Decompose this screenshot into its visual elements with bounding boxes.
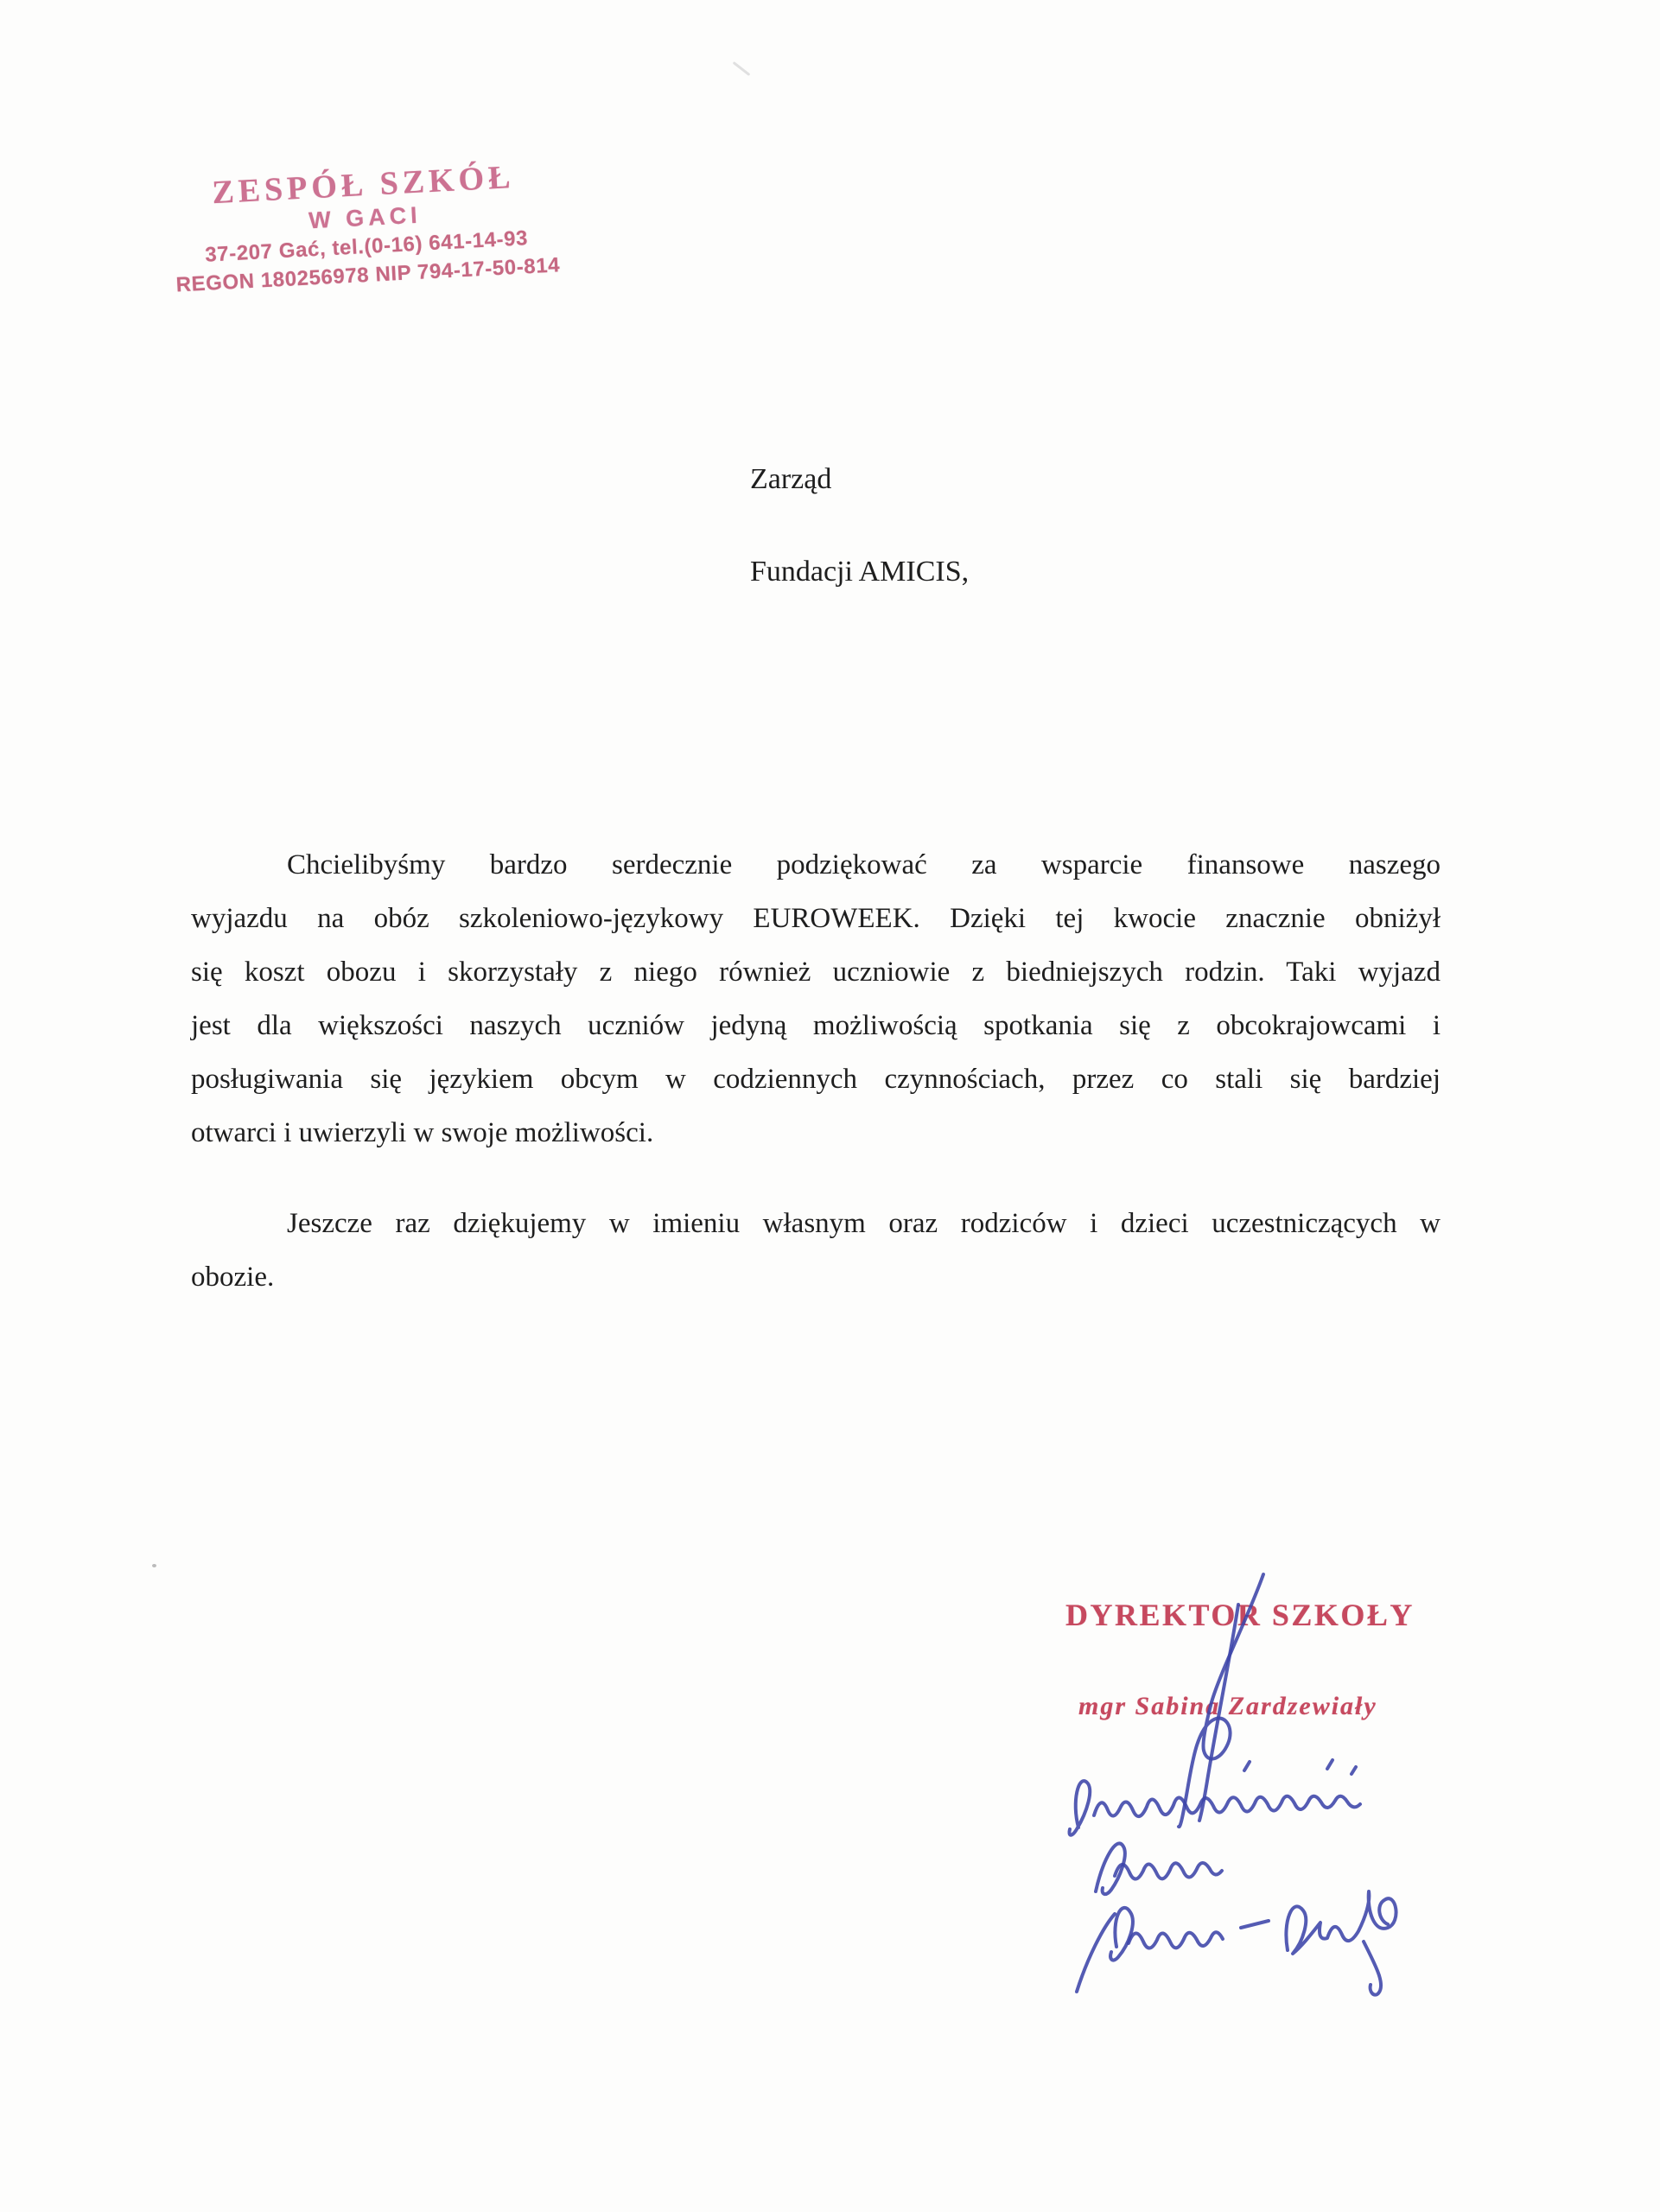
handwritten-signature-3 (1129, 1932, 1223, 1948)
body-line: posługiwania się językiem obcym w codzie… (191, 1052, 1441, 1106)
handwritten-diacritic (1244, 1762, 1250, 1770)
handwritten-signature-3 (1077, 1914, 1115, 1992)
body-line: otwarci i uwierzyli w swoje możliwości. (191, 1106, 1441, 1160)
body-line: jest dla większości naszych uczniów jedy… (191, 999, 1441, 1052)
scanned-letter-page: { "document": { "kind": "scanned thank-y… (0, 0, 1660, 2212)
body-line: Jeszcze raz dziękujemy w imieniu własnym… (191, 1197, 1441, 1250)
handwritten-diacritic (1352, 1767, 1356, 1774)
handwritten-diacritic (1327, 1760, 1332, 1769)
body-paragraph-1: Chcielibyśmy bardzo serdecznie podziękow… (191, 838, 1441, 1160)
scan-artifact-dot (152, 1564, 156, 1567)
handwritten-signature-1 (1094, 1796, 1360, 1816)
body-line: Chcielibyśmy bardzo serdecznie podziękow… (191, 838, 1441, 892)
recipient-line-2: Fundacji AMICIS, (750, 557, 969, 587)
handwritten-signature-2 (1115, 1863, 1222, 1879)
handwritten-signatures (985, 1542, 1590, 2061)
body-line: wyjazdu na obóz szkoleniowo-językowy EUR… (191, 892, 1441, 945)
recipient-block: Zarząd Fundacji AMICIS, (750, 465, 831, 494)
body-line: się koszt obozu i skorzystały z niego ró… (191, 945, 1441, 999)
scan-artifact-slash (733, 61, 751, 76)
handwritten-signature-3 (1364, 1942, 1381, 1995)
recipient-line-1: Zarząd (750, 465, 831, 494)
signature-flourish-stroke (1199, 1605, 1238, 1821)
handwritten-signature-2 (1096, 1843, 1125, 1894)
handwritten-hyphen (1241, 1921, 1269, 1928)
sender-school-stamp: ZESPÓŁ SZKÓŁ W GACI 37-207 Gać, tel.(0-1… (151, 155, 581, 300)
body-line: obozie. (191, 1250, 1441, 1304)
handwritten-signature-3 (1286, 1891, 1396, 1954)
body-paragraph-2: Jeszcze raz dziękujemy w imieniu własnym… (191, 1197, 1441, 1304)
handwritten-signature-1 (1069, 1781, 1090, 1835)
